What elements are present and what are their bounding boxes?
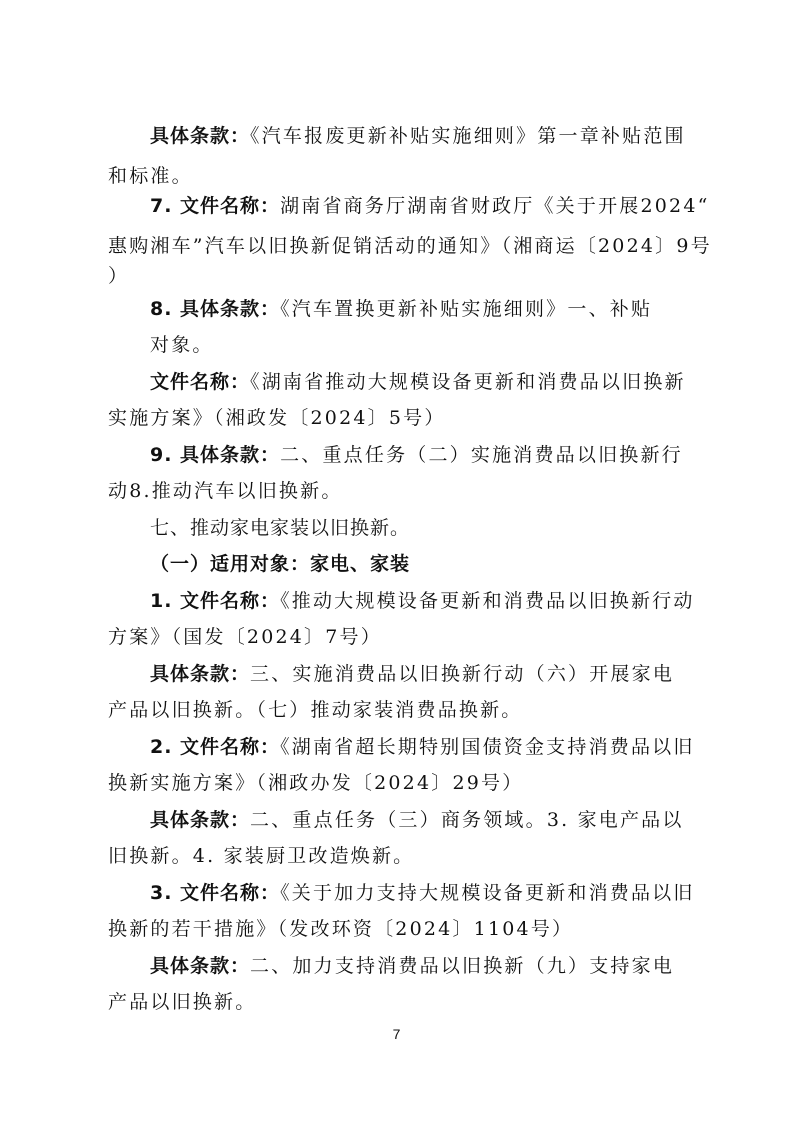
clause-continuation: 旧换新。4. 家装厨卫改造焕新。	[0, 844, 793, 868]
text: 三、实施消费品以旧换新行动（六）开展家电	[250, 663, 674, 685]
clause-line: 具体条款：三、实施消费品以旧换新行动（六）开展家电	[0, 662, 793, 686]
document-name-continuation: 方案》（国发〔2024〕7号）	[0, 625, 793, 649]
label: 7. 文件名称：	[150, 195, 280, 217]
text: 七、推动家电家装以旧换新。	[150, 517, 410, 539]
text: 二、加力支持消费品以旧换新（九）支持家电	[250, 955, 674, 977]
label: 文件名称：	[150, 371, 250, 393]
document-name-continuation: 换新的若干措施》（发改环资〔2024〕1104号）	[0, 917, 793, 941]
text: 动8.推动汽车以旧换新。	[108, 480, 343, 502]
label: 3. 文件名称：	[150, 882, 280, 904]
clause-continuation: 对象。	[0, 333, 793, 357]
text: 《汽车置换更新补贴实施细则》一、补贴	[280, 298, 652, 320]
label: 8. 具体条款：	[150, 298, 280, 320]
label: 具体条款：	[150, 125, 250, 147]
text: 《关于加力支持大规模设备更新和消费品以旧	[280, 882, 695, 904]
document-name-line: 3. 文件名称：《关于加力支持大规模设备更新和消费品以旧	[0, 881, 793, 905]
text: 《汽车报废更新补贴实施细则》第一章补贴范围	[250, 125, 686, 147]
section-heading: 七、推动家电家装以旧换新。	[0, 516, 793, 540]
document-name-line: 2. 文件名称：《湖南省超长期特别国债资金支持消费品以旧	[0, 735, 793, 759]
label: 具体条款：	[150, 955, 250, 977]
document-name-continuation: ）	[0, 264, 793, 288]
label: 1. 文件名称：	[150, 590, 280, 612]
label: 具体条款：	[150, 809, 250, 831]
text: 《湖南省超长期特别国债资金支持消费品以旧	[280, 736, 695, 758]
document-name-continuation: 实施方案》（湘政发〔2024〕5号）	[0, 406, 793, 430]
page-number: 7	[0, 1026, 793, 1042]
label: 2. 文件名称：	[150, 736, 280, 758]
text: （一）适用对象：家电、家装	[150, 553, 410, 575]
document-name-line: 1. 文件名称：《推动大规模设备更新和消费品以旧换新行动	[0, 589, 793, 613]
document-name-line: 文件名称：《湖南省推动大规模设备更新和消费品以旧换新	[0, 370, 793, 394]
text: 《湖南省推动大规模设备更新和消费品以旧换新	[250, 371, 686, 393]
clause-line: 8. 具体条款：《汽车置换更新补贴实施细则》一、补贴	[0, 297, 793, 321]
clause-continuation: 和标准。	[0, 164, 793, 188]
clause-continuation: 动8.推动汽车以旧换新。	[0, 479, 793, 503]
document-page: 具体条款：《汽车报废更新补贴实施细则》第一章补贴范围 和标准。 7. 文件名称：…	[0, 0, 793, 1122]
text: 换新实施方案》（湘政办发〔2024〕29号）	[108, 772, 523, 794]
text: 二、重点任务（三）商务领域。3. 家电产品以	[250, 809, 684, 831]
text: 和标准。	[108, 165, 193, 187]
label: 9. 具体条款：	[150, 444, 280, 466]
label: 具体条款：	[150, 663, 250, 685]
text: 对象。	[150, 334, 214, 356]
text: 换新的若干措施》（发改环资〔2024〕1104号）	[108, 918, 573, 940]
text: 湖南省商务厅湖南省财政厅《关于开展2024“	[280, 195, 709, 217]
clause-line: 9. 具体条款：二、重点任务（二）实施消费品以旧换新行	[0, 443, 793, 467]
text: 产品以旧换新。	[108, 991, 256, 1013]
text: ）	[108, 265, 129, 287]
text: 实施方案》（湘政发〔2024〕5号）	[108, 407, 446, 429]
document-name-line: 7. 文件名称：湖南省商务厅湖南省财政厅《关于开展2024“	[0, 194, 793, 218]
clause-continuation: 产品以旧换新。（七）推动家装消费品换新。	[0, 698, 793, 722]
document-name-continuation: 惠购湘车”汽车以旧换新促销活动的通知》（湘商运〔2024〕9号	[0, 234, 793, 258]
clause-line: 具体条款：《汽车报废更新补贴实施细则》第一章补贴范围	[0, 124, 793, 148]
text: 《推动大规模设备更新和消费品以旧换新行动	[280, 590, 695, 612]
text: 惠购湘车”汽车以旧换新促销活动的通知》（湘商运〔2024〕9号	[108, 235, 712, 257]
text: 旧换新。4. 家装厨卫改造焕新。	[108, 845, 414, 867]
clause-line: 具体条款：二、重点任务（三）商务领域。3. 家电产品以	[0, 808, 793, 832]
clause-continuation: 产品以旧换新。	[0, 990, 793, 1014]
text: 方案》（国发〔2024〕7号）	[108, 626, 382, 648]
clause-line: 具体条款：二、加力支持消费品以旧换新（九）支持家电	[0, 954, 793, 978]
text: 二、重点任务（二）实施消费品以旧换新行	[280, 444, 683, 466]
document-name-continuation: 换新实施方案》（湘政办发〔2024〕29号）	[0, 771, 793, 795]
text: 产品以旧换新。（七）推动家装消费品换新。	[108, 699, 523, 721]
subsection-heading: （一）适用对象：家电、家装	[0, 552, 793, 576]
